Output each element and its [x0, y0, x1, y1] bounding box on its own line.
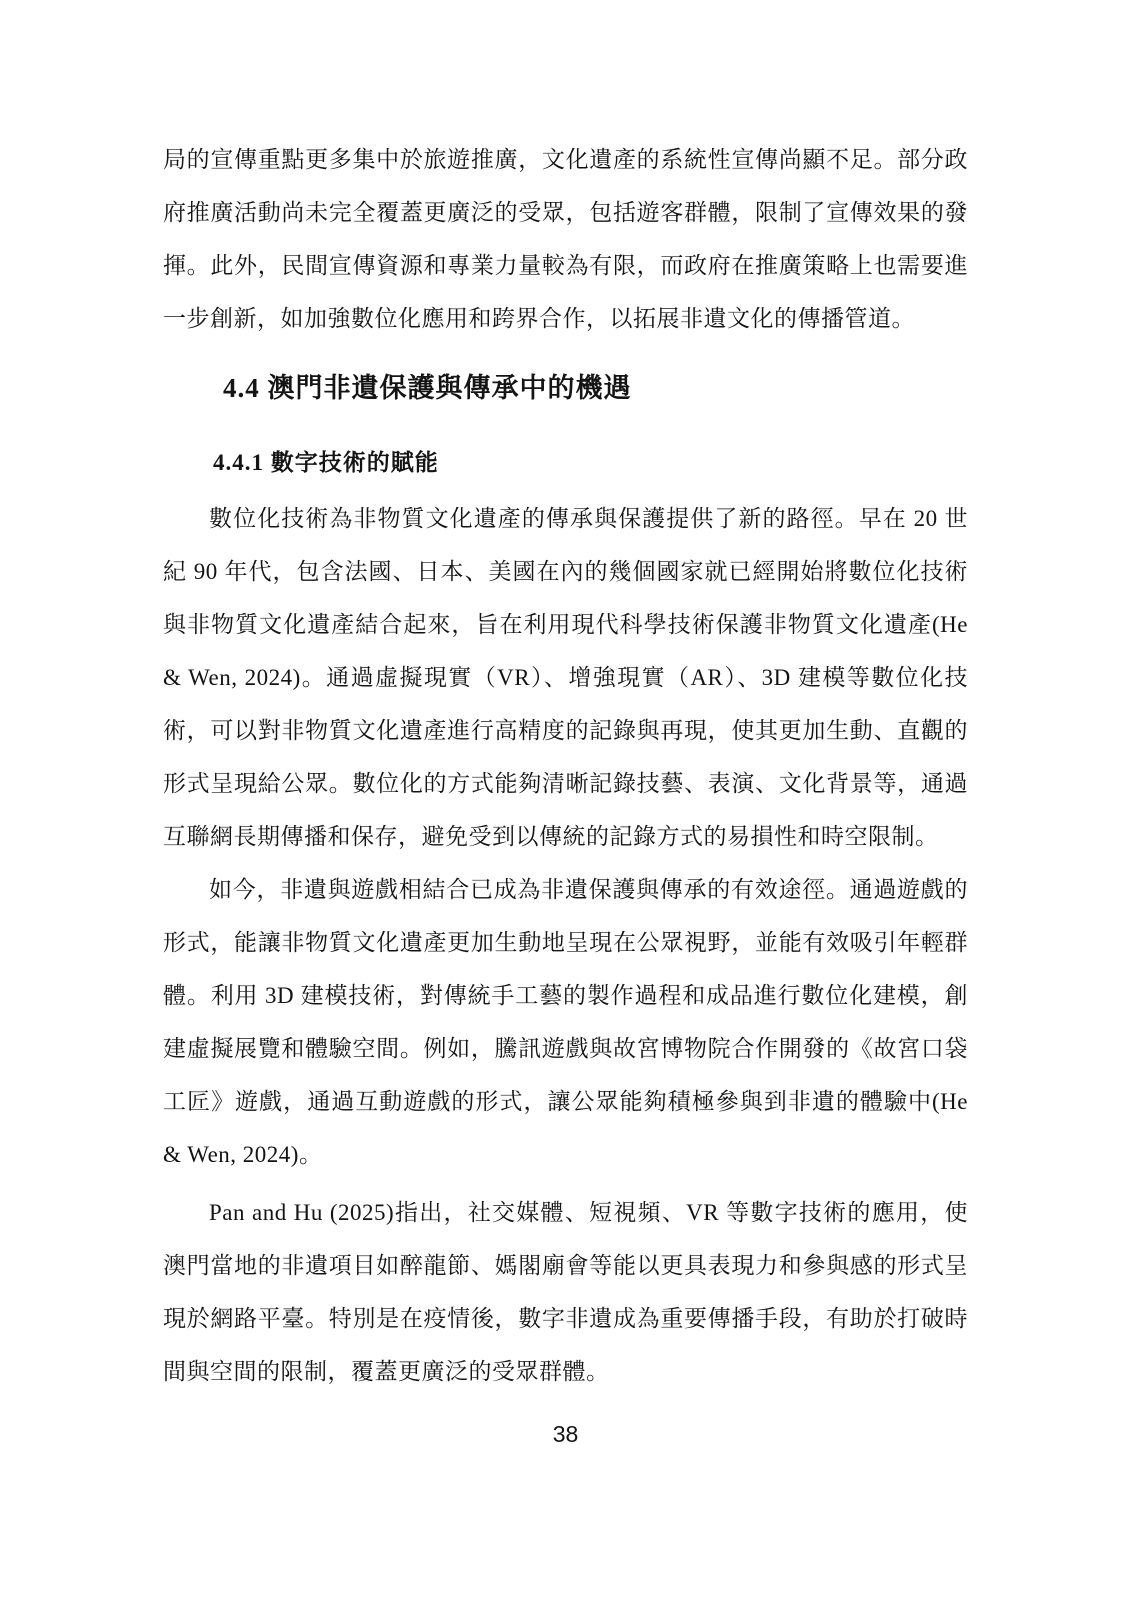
page-number: 38: [0, 1421, 1131, 1448]
section-heading-4-4: 4.4 澳門非遺保護與傳承中的機遇: [163, 368, 968, 408]
paragraph-digital-tech: 數位化技術為非物質文化遺產的傳承與保護提供了新的路徑。早在 20 世紀 90 年…: [163, 492, 968, 863]
paragraph-promotion-limits: 局的宣傳重點更多集中於旅遊推廣，文化遺產的系統性宣傳尚顯不足。部分政府推廣活動尚…: [163, 133, 968, 345]
paragraph-games-heritage: 如今，非遺與遊戲相結合已成為非遺保護與傳承的有效途徑。通過遊戲的形式，能讓非物質…: [163, 863, 968, 1181]
subsection-heading-4-4-1: 4.4.1 數字技術的賦能: [163, 448, 968, 478]
paragraph-pan-and-hu: Pan and Hu (2025)指出，社交媒體、短視頻、VR 等數字技術的應用…: [163, 1186, 968, 1398]
document-page: 局的宣傳重點更多集中於旅遊推廣，文化遺產的系統性宣傳尚顯不足。部分政府推廣活動尚…: [0, 0, 1131, 1600]
